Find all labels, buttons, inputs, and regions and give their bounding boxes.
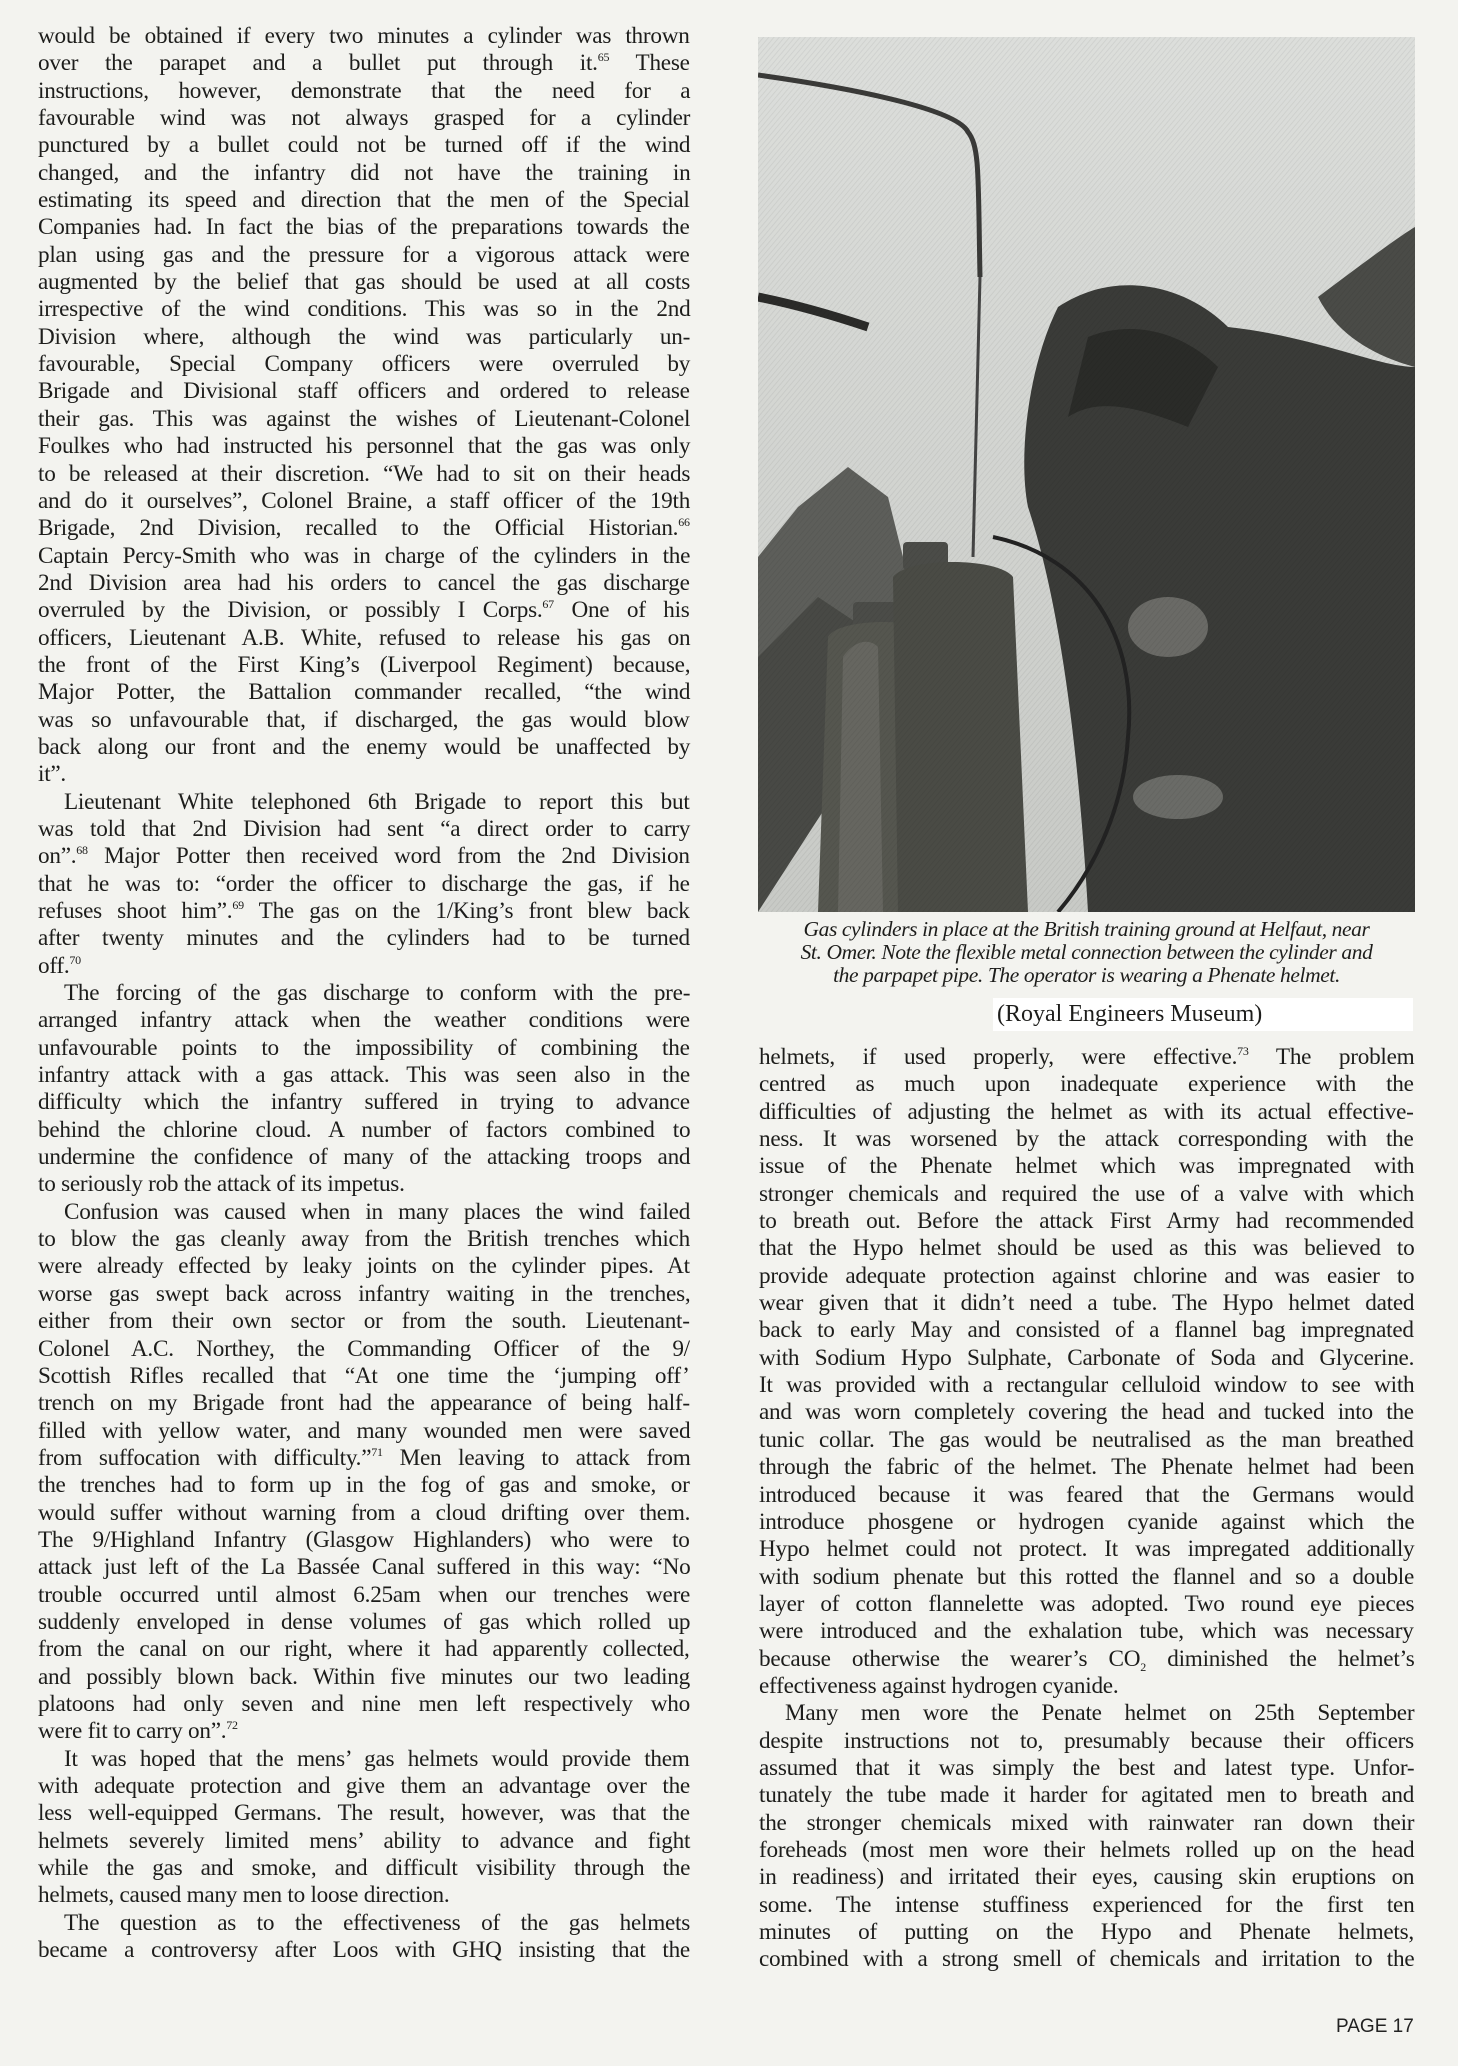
text-line: difficulty which the infantry suffered i… — [38, 1089, 690, 1116]
footnote-ref[interactable]: 70 — [69, 953, 81, 967]
text-line: over the parapet and a bullet put throug… — [38, 50, 690, 77]
footnote-ref[interactable]: 72 — [226, 1718, 238, 1732]
text-line: through the fabric of the helmet. The Ph… — [759, 1454, 1414, 1481]
text-line: suddenly enveloped in dense volumes of g… — [38, 1609, 690, 1636]
text-line: some. The intense stuffiness experienced… — [759, 1892, 1414, 1919]
text-line: officers, Lieutenant A.B. White, refused… — [38, 625, 690, 652]
text-line: Companies had. In fact the bias of the p… — [38, 214, 690, 241]
text-line: The question as to the effectiveness of … — [38, 1910, 690, 1937]
text-line: their gas. This was against the wishes o… — [38, 406, 690, 433]
text-line: It was provided with a rectangular cellu… — [759, 1372, 1414, 1399]
text-line: Confusion was caused when in many places… — [38, 1199, 690, 1226]
left-column: would be obtained if every two minutes a… — [38, 23, 690, 1964]
text-line: wear given that it didn’t need a tube. T… — [759, 1290, 1414, 1317]
text-line: back along our front and the enemy would… — [38, 734, 690, 761]
text-line: from suffocation with difficulty.”71 Men… — [38, 1445, 690, 1472]
text-line: minutes of putting on the Hypo and Phena… — [759, 1919, 1414, 1946]
text-line: favourable wind was not always grasped f… — [38, 105, 690, 132]
text-line: filled with yellow water, and many wound… — [38, 1418, 690, 1445]
text-line: ness. It was worsened by the attack corr… — [759, 1126, 1414, 1153]
text-line: to breath out. Before the attack First A… — [759, 1208, 1414, 1235]
text-line: the trenches had to form up in the fog o… — [38, 1472, 690, 1499]
text-line: punctured by a bullet could not be turne… — [38, 132, 690, 159]
text-line: Captain Percy-Smith who was in charge of… — [38, 543, 690, 570]
text-line: foreheads (most men wore their helmets r… — [759, 1837, 1414, 1864]
text-line: attack just left of the La Bassée Canal … — [38, 1554, 690, 1581]
text-line: that the Hypo helmet should be used as t… — [759, 1235, 1414, 1262]
text-line: issue of the Phenate helmet which was im… — [759, 1153, 1414, 1180]
text-line: and possibly blown back. Within five min… — [38, 1664, 690, 1691]
text-line: were fit to carry on”.72 — [38, 1718, 690, 1745]
text-line: the front of the First King’s (Liverpool… — [38, 652, 690, 679]
text-line: trench on my Brigade front had the appea… — [38, 1390, 690, 1417]
caption-line: St. Omer. Note the flexible metal connec… — [758, 941, 1415, 964]
text-line: undermine the confidence of many of the … — [38, 1144, 690, 1171]
text-line: was so unfavourable that, if discharged,… — [38, 707, 690, 734]
text-line: in readiness) and irritated their eyes, … — [759, 1864, 1414, 1891]
text-line: Lieutenant White telephoned 6th Brigade … — [38, 789, 690, 816]
text-line: combined with a strong smell of chemical… — [759, 1946, 1414, 1973]
text-line: Major Potter, the Battalion commander re… — [38, 679, 690, 706]
text-line: unfavourable points to the impossibility… — [38, 1035, 690, 1062]
text-line: instructions, however, demonstrate that … — [38, 78, 690, 105]
text-line: augmented by the belief that gas should … — [38, 269, 690, 296]
text-line: 2nd Division area had his orders to canc… — [38, 570, 690, 597]
text-line: helmets, caused many men to loose direct… — [38, 1882, 690, 1909]
text-line: and was worn completely covering the hea… — [759, 1399, 1414, 1426]
text-line: Division where, although the wind was pa… — [38, 324, 690, 351]
text-line: because otherwise the wearer’s CO2 dimin… — [759, 1646, 1414, 1673]
text-line: helmets severely limited mens’ ability t… — [38, 1828, 690, 1855]
caption-line: Gas cylinders in place at the British tr… — [758, 918, 1415, 941]
photo-credit-text: (Royal Engineers Museum) — [997, 998, 1262, 1031]
text-line: trouble occurred until almost 6.25am whe… — [38, 1582, 690, 1609]
text-line: from the canal on our right, where it ha… — [38, 1636, 690, 1663]
text-line: platoons had only seven and nine men lef… — [38, 1691, 690, 1718]
footnote-ref[interactable]: 67 — [542, 597, 554, 611]
text-line: would be obtained if every two minutes a… — [38, 23, 690, 50]
text-line: with adequate protection and give them a… — [38, 1773, 690, 1800]
text-line: behind the chlorine cloud. A number of f… — [38, 1117, 690, 1144]
text-line: arranged infantry attack when the weathe… — [38, 1007, 690, 1034]
text-line: Many men wore the Penate helmet on 25th … — [759, 1700, 1414, 1727]
text-line: effectiveness against hydrogen cyanide. — [759, 1673, 1414, 1700]
text-line: off.70 — [38, 953, 690, 980]
text-line: difficulties of adjusting the helmet as … — [759, 1099, 1414, 1126]
gas-cylinders-photo-icon — [758, 37, 1415, 912]
text-line: Foulkes who had instructed his personnel… — [38, 433, 690, 460]
text-line: became a controversy after Loos with GHQ… — [38, 1937, 690, 1964]
text-line: introduced because it was feared that th… — [759, 1482, 1414, 1509]
text-line: it”. — [38, 761, 690, 788]
right-column: helmets, if used properly, were effectiv… — [759, 1044, 1414, 1974]
figure-caption: Gas cylinders in place at the British tr… — [758, 918, 1415, 987]
text-line: tunic collar. The gas would be neutralis… — [759, 1427, 1414, 1454]
text-line: would suffer without warning from a clou… — [38, 1500, 690, 1527]
text-line: The forcing of the gas discharge to conf… — [38, 980, 690, 1007]
text-line: changed, and the infantry did not have t… — [38, 160, 690, 187]
text-line: to seriously rob the attack of its impet… — [38, 1171, 690, 1198]
text-line: less well-equipped Germans. The result, … — [38, 1800, 690, 1827]
text-line: irrespective of the wind conditions. Thi… — [38, 296, 690, 323]
text-line: layer of cotton flannelette was adopted.… — [759, 1591, 1414, 1618]
text-line: and do it ourselves”, Colonel Braine, a … — [38, 488, 690, 515]
text-line: Brigade and Divisional staff officers an… — [38, 378, 690, 405]
text-line: were already effected by leaky joints on… — [38, 1253, 690, 1280]
footnote-ref[interactable]: 68 — [76, 843, 88, 857]
text-line: infantry attack with a gas attack. This … — [38, 1062, 690, 1089]
text-line: estimating its speed and direction that … — [38, 187, 690, 214]
text-line: on”.68 Major Potter then received word f… — [38, 843, 690, 870]
text-line: either from their own sector or from the… — [38, 1308, 690, 1335]
text-line: to be released at their discretion. “We … — [38, 461, 690, 488]
text-line: introduce phosgene or hydrogen cyanide a… — [759, 1509, 1414, 1536]
text-line: overruled by the Division, or possibly I… — [38, 597, 690, 624]
page-number: PAGE 17 — [1336, 2016, 1414, 2038]
text-line: with Sodium Hypo Sulphate, Carbonate of … — [759, 1345, 1414, 1372]
text-line: helmets, if used properly, were effectiv… — [759, 1044, 1414, 1071]
text-line: to blow the gas cleanly away from the Br… — [38, 1226, 690, 1253]
text-line: stronger chemicals and required the use … — [759, 1181, 1414, 1208]
footnote-ref[interactable]: 66 — [678, 515, 690, 529]
text-line: the stronger chemicals mixed with rainwa… — [759, 1810, 1414, 1837]
footnote-ref[interactable]: 73 — [1237, 1044, 1249, 1058]
text-line: provide adequate protection against chlo… — [759, 1263, 1414, 1290]
text-line: after twenty minutes and the cylinders h… — [38, 925, 690, 952]
text-line: tunately the tube made it harder for agi… — [759, 1782, 1414, 1809]
text-line: assumed that it was simply the best and … — [759, 1755, 1414, 1782]
footnote-ref[interactable]: 71 — [371, 1445, 383, 1459]
text-line: The 9/Highland Infantry (Glasgow Highlan… — [38, 1527, 690, 1554]
text-line: refuses shoot him”.69 The gas on the 1/K… — [38, 898, 690, 925]
text-line: with sodium phenate but this rotted the … — [759, 1564, 1414, 1591]
text-line: favourable, Special Company officers wer… — [38, 351, 690, 378]
text-line: Brigade, 2nd Division, recalled to the O… — [38, 515, 690, 542]
photo-credit: (Royal Engineers Museum) — [993, 998, 1413, 1031]
text-line: Colonel A.C. Northey, the Commanding Off… — [38, 1336, 690, 1363]
figure-photo — [758, 37, 1415, 912]
text-line: back to early May and consisted of a fla… — [759, 1317, 1414, 1344]
text-line: that he was to: “order the officer to di… — [38, 871, 690, 898]
footnote-ref[interactable]: 65 — [598, 50, 610, 64]
text-line: It was hoped that the mens’ gas helmets … — [38, 1746, 690, 1773]
caption-line: the parpapet pipe. The operator is weari… — [758, 964, 1415, 987]
text-line: were introduced and the exhalation tube,… — [759, 1618, 1414, 1645]
text-line: despite instructions not to, presumably … — [759, 1728, 1414, 1755]
footnote-ref[interactable]: 69 — [232, 898, 244, 912]
text-line: while the gas and smoke, and difficult v… — [38, 1855, 690, 1882]
text-line: worse gas swept back across infantry wai… — [38, 1281, 690, 1308]
text-line: Scottish Rifles recalled that “At one ti… — [38, 1363, 690, 1390]
text-line: centred as much upon inadequate experien… — [759, 1071, 1414, 1098]
text-line: plan using gas and the pressure for a vi… — [38, 242, 690, 269]
text-line: Hypo helmet could not protect. It was im… — [759, 1536, 1414, 1563]
text-line: was told that 2nd Division had sent “a d… — [38, 816, 690, 843]
